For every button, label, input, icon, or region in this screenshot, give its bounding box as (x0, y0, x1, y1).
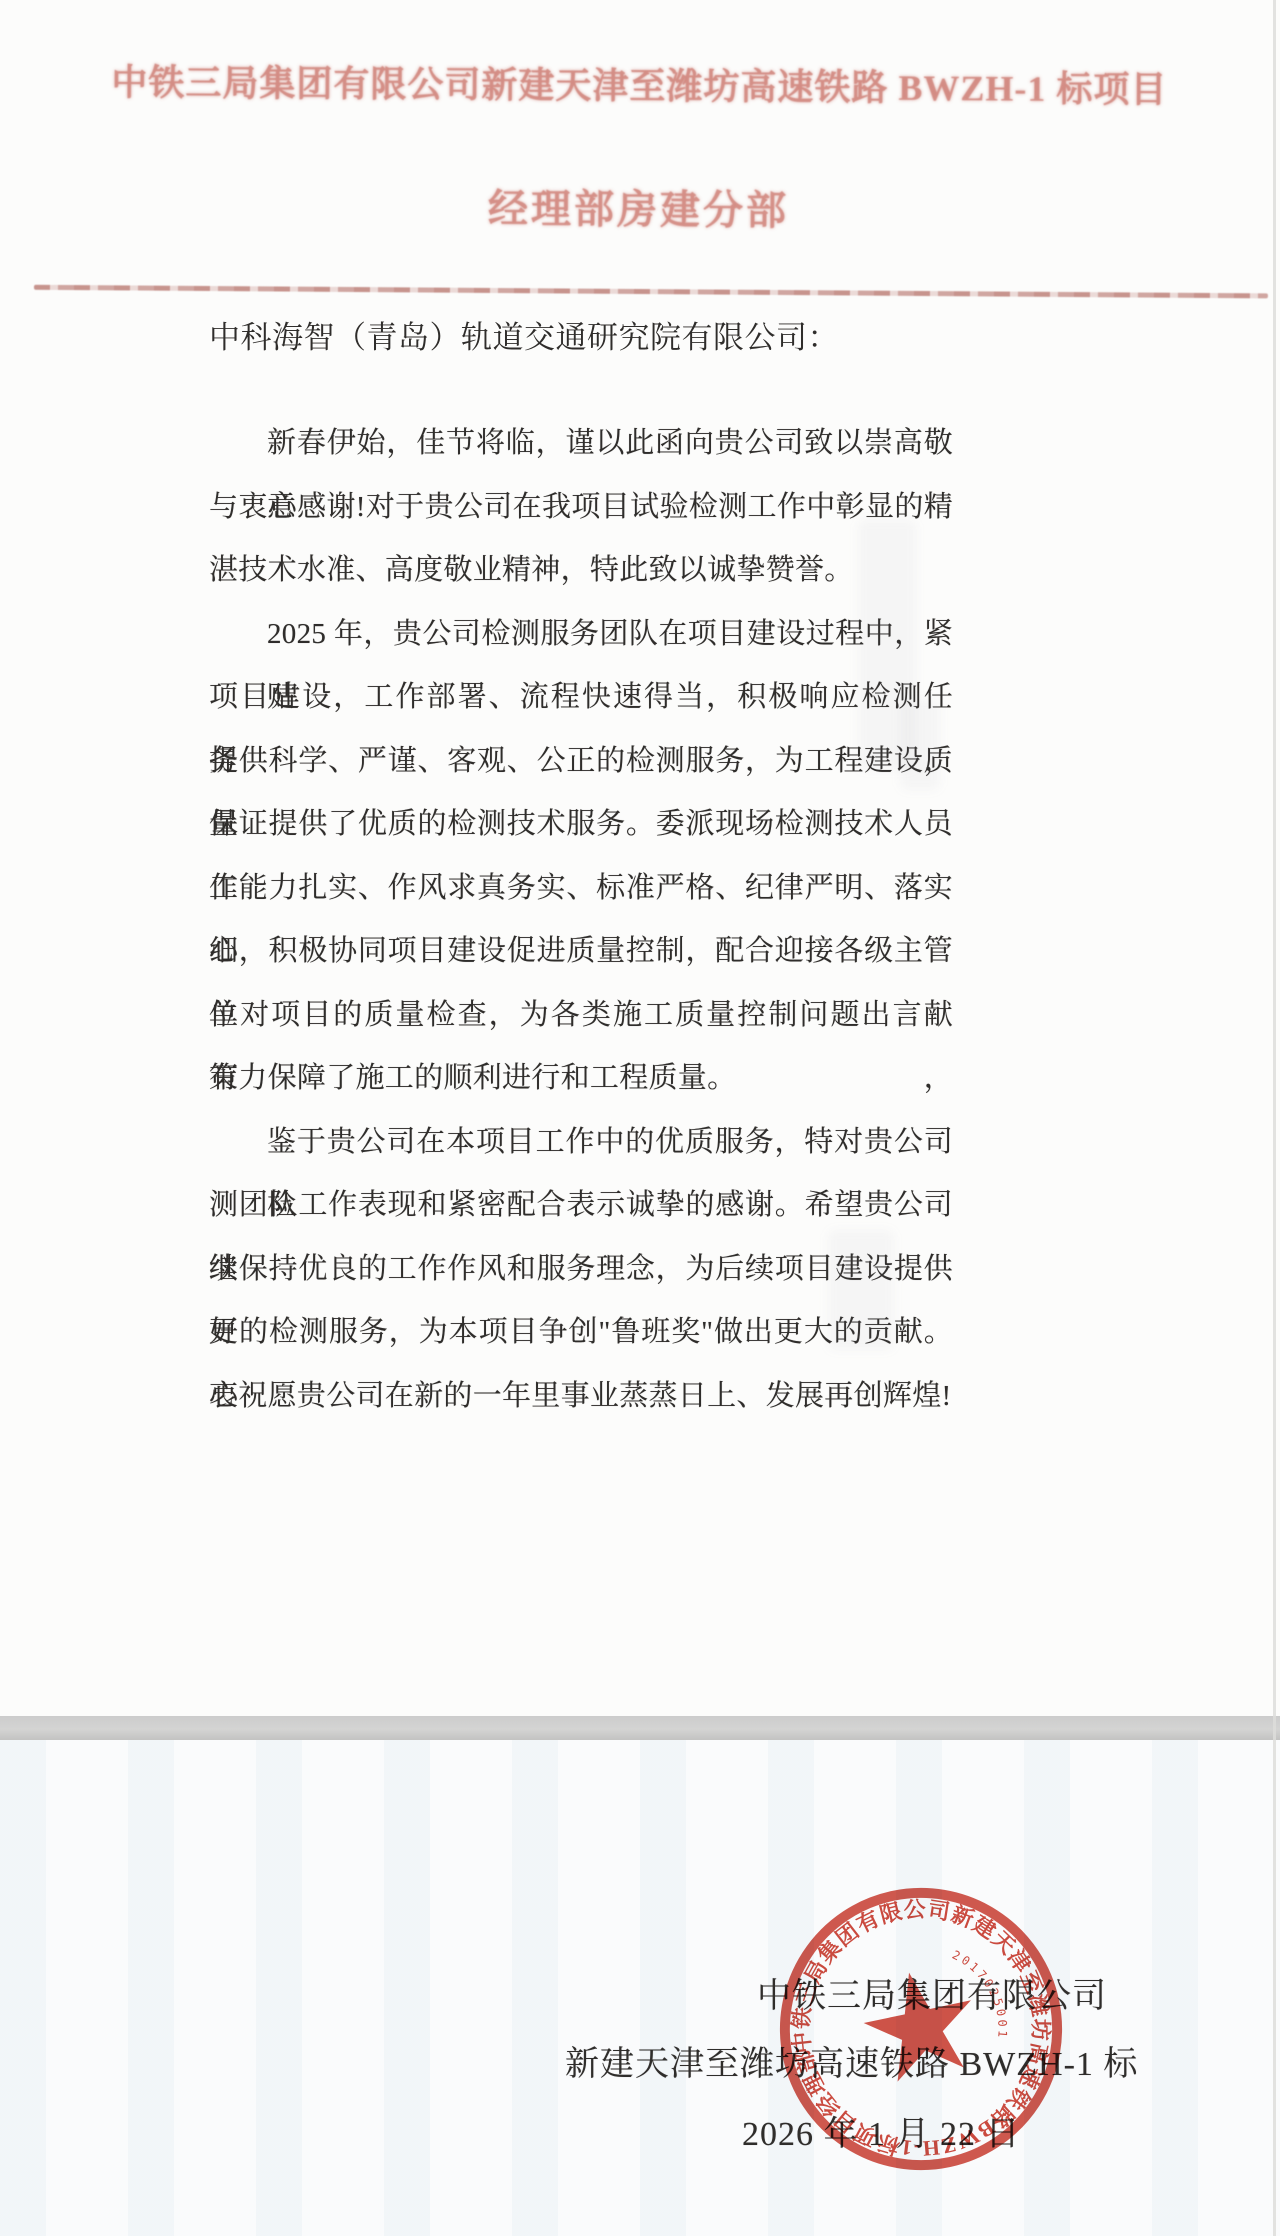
letter-page-2: 中铁三局集团有限公司 新建天津至潍坊高速铁路 BWZH-1 标 2026 年 1… (0, 1740, 1280, 2236)
letterhead-title-line1: 中铁三局集团有限公司新建天津至潍坊高速铁路 BWZH-1 标项目 (0, 54, 1280, 114)
salutation: 中科海智（青岛）轨道交通研究院有限公司： (209, 312, 969, 357)
body-line: 保证提供了优质的检测技术服务。委派现场检测技术人员工 (209, 793, 953, 857)
body-line: 提供科学、严谨、客观、公正的检测服务，为工程建设质量 (209, 730, 953, 794)
body-line: 心祝愿贵公司在新的一年里事业蒸蒸日上、发展再创辉煌! (209, 1365, 953, 1429)
letterhead: 中铁三局集团有限公司新建天津至潍坊高速铁路 BWZH-1 标项目 经理部房建分部 (0, 0, 1280, 4)
body-line: 项目建设，工作部署、流程快速得当，积极响应检测任务， (209, 666, 953, 730)
scanned-letter: 中铁三局集团有限公司新建天津至潍坊高速铁路 BWZH-1 标项目 经理部房建分部… (0, 0, 1280, 2236)
official-seal: 中铁三局集团有限公司新建天津至潍坊高速铁路BWZH-1标项目经理部 201702… (744, 1852, 1097, 2205)
body-line: 2025 年，贵公司检测服务团队在项目建设过程中，紧贴 (209, 603, 953, 667)
body-line: 湛技术水准、高度敬业精神，特此致以诚挚赞誉。 (209, 539, 953, 603)
bleed-through-mark (828, 1230, 894, 1350)
letter-page-1: 中铁三局集团有限公司新建天津至潍坊高速铁路 BWZH-1 标项目 经理部房建分部… (0, 0, 1280, 1716)
letterhead-title-line2: 经理部房建分部 (0, 174, 1279, 240)
body-line: 位对项目的质量检查，为各类施工质量控制问题出言献策， (209, 984, 953, 1048)
body-line: 作能力扎实、作风求真务实、标准严格、纪律严明、落实细 (209, 857, 953, 921)
seal-star-icon (855, 1961, 984, 2086)
body-line: 鉴于贵公司在本项目工作中的优质服务，特对贵公司检 (209, 1111, 953, 1175)
body-line: 心，积极协同项目建设促进质量控制，配合迎接各级主管单 (209, 920, 953, 984)
body-line: 与衷心感谢!对于贵公司在我项目试验检测工作中彰显的精 (209, 476, 953, 540)
letterhead-rule (34, 285, 1268, 299)
scan-edge (1273, 0, 1276, 2236)
body-line: 测团队工作表现和紧密配合表示诚挚的感谢。希望贵公司继 (209, 1174, 953, 1238)
page-separator (0, 1716, 1280, 1740)
bleed-through-mark (900, 700, 940, 790)
body-line: 新春伊始，佳节将临，谨以此函向贵公司致以崇高敬意 (209, 412, 953, 476)
